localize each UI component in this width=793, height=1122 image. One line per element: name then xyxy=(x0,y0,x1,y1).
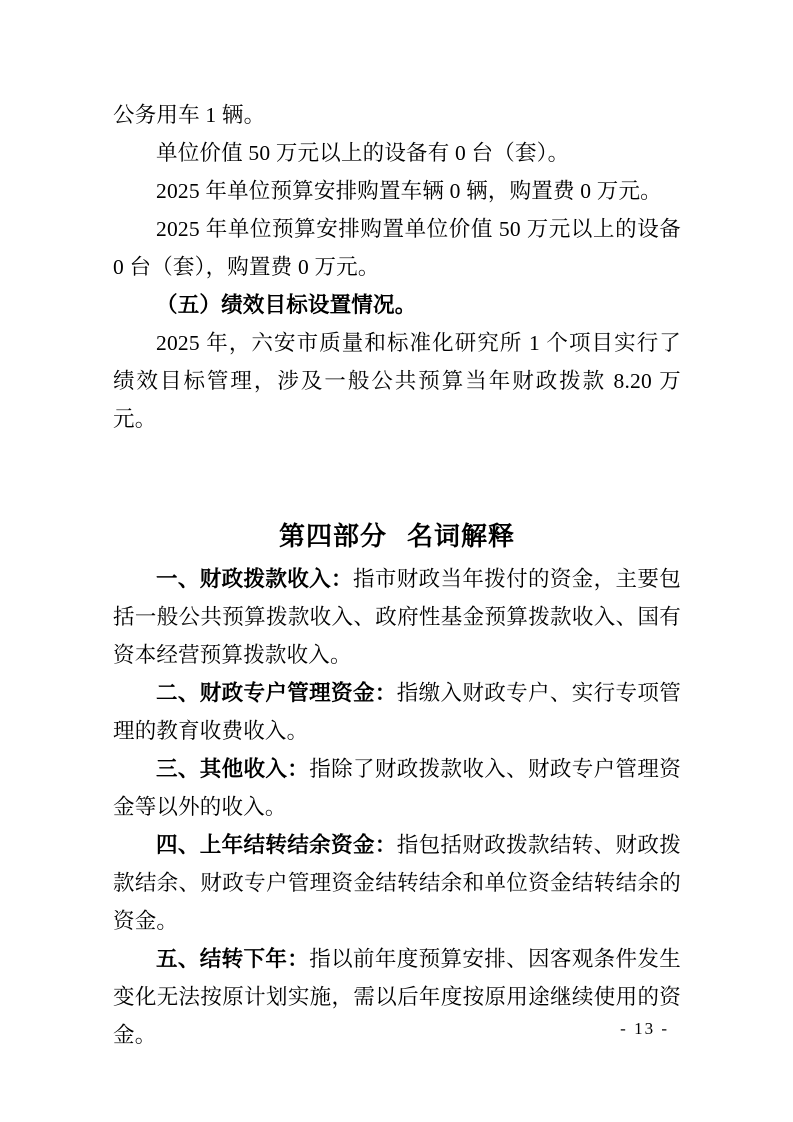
page-number: - 13 - xyxy=(620,1018,669,1040)
body-paragraph: 2025 年，六安市质量和标准化研究所 1 个项目实行了绩效目标管理，涉及一般公… xyxy=(113,324,681,438)
term-lead: 一、财政拨款收入： xyxy=(156,567,353,591)
term-lead: 四、上年结转结余资金： xyxy=(156,833,397,857)
term-paragraph: 三、其他收入：指除了财政拨款收入、财政专户管理资金等以外的收入。 xyxy=(113,750,681,826)
document-page: 公务用车 1 辆。 单位价值 50 万元以上的设备有 0 台（套）。 2025 … xyxy=(0,0,793,1122)
body-paragraph: 2025 年单位预算安排购置车辆 0 辆，购置费 0 万元。 xyxy=(113,172,681,210)
subsection-heading: （五）绩效目标设置情况。 xyxy=(113,286,681,324)
term-paragraph: 五、结转下年：指以前年度预算安排、因客观条件发生变化无法按原计划实施，需以后年度… xyxy=(113,940,681,1054)
section-heading: 第四部分 名词解释 xyxy=(113,512,681,560)
term-paragraph: 一、财政拨款收入：指市财政当年拨付的资金，主要包括一般公共预算拨款收入、政府性基… xyxy=(113,560,681,674)
body-paragraph: 单位价值 50 万元以上的设备有 0 台（套）。 xyxy=(113,134,681,172)
body-paragraph: 公务用车 1 辆。 xyxy=(113,96,681,134)
term-paragraph: 二、财政专户管理资金：指缴入财政专户、实行专项管理的教育收费收入。 xyxy=(113,674,681,750)
body-paragraph: 2025 年单位预算安排购置单位价值 50 万元以上的设备 0 台（套），购置费… xyxy=(113,210,681,286)
term-lead: 二、财政专户管理资金： xyxy=(156,681,397,705)
term-paragraph: 四、上年结转结余资金：指包括财政拨款结转、财政拨款结余、财政专户管理资金结转结余… xyxy=(113,826,681,940)
term-lead: 三、其他收入： xyxy=(156,757,309,781)
term-lead: 五、结转下年： xyxy=(156,947,309,971)
document-content: 公务用车 1 辆。 单位价值 50 万元以上的设备有 0 台（套）。 2025 … xyxy=(113,96,681,1054)
